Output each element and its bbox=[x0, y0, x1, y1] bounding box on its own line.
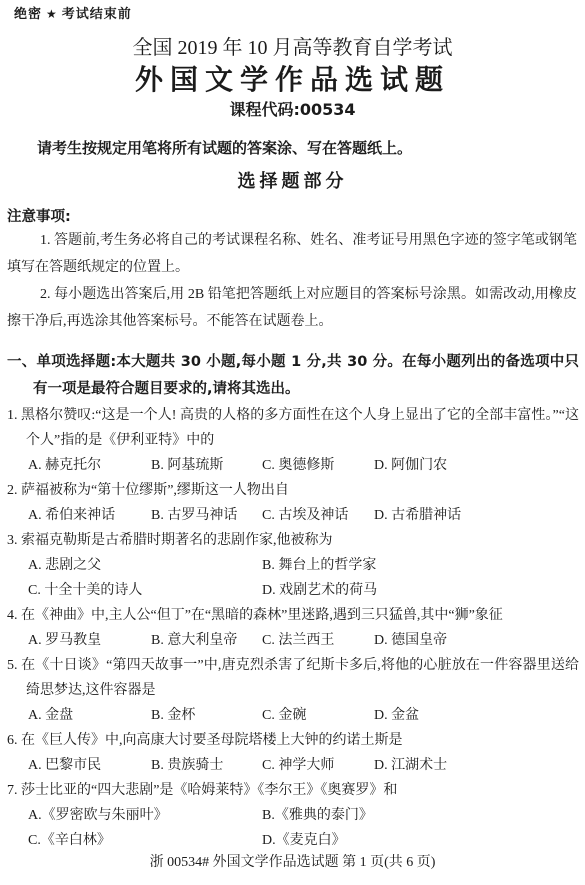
option-cell: D. 金盆 bbox=[374, 703, 585, 728]
star-icon: ★ bbox=[42, 7, 62, 21]
option-cell: C. 古埃及神话 bbox=[262, 503, 374, 528]
notice-item-1: 1. 答题前,考生务必将自己的考试课程名称、姓名、准考证号用黑色字迹的签字笔或钢… bbox=[0, 227, 585, 281]
option-cell: C.《辛白林》 bbox=[28, 828, 262, 853]
option-row: A. 罗马教皇B. 意大利皇帝C. 法兰西王D. 德国皇帝 bbox=[0, 628, 585, 653]
option-row: A. 悲剧之父B. 舞台上的哲学家 bbox=[0, 553, 585, 578]
classified-note: 考试结束前 bbox=[62, 7, 132, 22]
question-stem: 4. 在《神曲》中,主人公“但丁”在“黑暗的森林”里迷路,遇到三只猛兽,其中“狮… bbox=[0, 603, 585, 628]
option-cell: B. 古罗马神话 bbox=[151, 503, 262, 528]
option-cell: D. 阿伽门农 bbox=[374, 453, 585, 478]
option-row: A. 巴黎市民B. 贵族骑士C. 神学大师D. 江湖术士 bbox=[0, 753, 585, 778]
option-cell: C. 金碗 bbox=[262, 703, 374, 728]
section-part-title: 选择题部分 bbox=[0, 171, 585, 193]
notice-item-2: 2. 每小题选出答案后,用 2B 铅笔把答题纸上对应题目的答案标号涂黑。如需改动… bbox=[0, 281, 585, 335]
option-cell: C. 法兰西王 bbox=[262, 628, 374, 653]
paper-title: 外国文学作品选试题 bbox=[0, 63, 585, 97]
page-footer: 浙 00534# 外国文学作品选试题 第 1 页(共 6 页) bbox=[0, 853, 585, 873]
question-stem: 3. 索福克勒斯是古希腊时期著名的悲剧作家,他被称为 bbox=[0, 528, 585, 553]
option-row: C. 十全十美的诗人D. 戏剧艺术的荷马 bbox=[0, 578, 585, 603]
option-cell: A. 罗马教皇 bbox=[28, 628, 151, 653]
option-cell: A. 希伯来神话 bbox=[28, 503, 151, 528]
classified-banner: 绝密★考试结束前 bbox=[14, 6, 585, 23]
question-stem: 7. 莎士比亚的“四大悲剧”是《哈姆莱特》《李尔王》《奥赛罗》和 bbox=[0, 778, 585, 803]
option-cell: B.《雅典的泰门》 bbox=[262, 803, 585, 828]
classified-label: 绝密 bbox=[14, 7, 42, 22]
option-row: A. 金盘B. 金杯C. 金碗D. 金盆 bbox=[0, 703, 585, 728]
question-stem: 5. 在《十日谈》“第四天故事一”中,唐克烈杀害了纪斯卡多后,将他的心脏放在一件… bbox=[0, 653, 585, 703]
question-list: 1. 黑格尔赞叹:“这是一个人! 高贵的人格的多方面性在这个人身上显出了它的全部… bbox=[0, 403, 585, 853]
question-stem: 6. 在《巨人传》中,向高康大讨要圣母院塔楼上大钟的约诺土斯是 bbox=[0, 728, 585, 753]
option-cell: B. 金杯 bbox=[151, 703, 262, 728]
notes-title: 注意事项: bbox=[0, 208, 585, 227]
option-cell: B. 意大利皇帝 bbox=[151, 628, 262, 653]
option-cell: C. 奥德修斯 bbox=[262, 453, 374, 478]
option-cell: D.《麦克白》 bbox=[262, 828, 585, 853]
option-row: A. 希伯来神话B. 古罗马神话C. 古埃及神话D. 古希腊神话 bbox=[0, 503, 585, 528]
course-code: 课程代码:00534 bbox=[0, 100, 585, 119]
option-cell: A. 赫克托尔 bbox=[28, 453, 151, 478]
option-cell: C. 神学大师 bbox=[262, 753, 374, 778]
question-stem: 2. 萨福被称为“第十位缪斯”,缪斯这一人物出自 bbox=[0, 478, 585, 503]
option-row: C.《辛白林》D.《麦克白》 bbox=[0, 828, 585, 853]
option-cell: B. 贵族骑士 bbox=[151, 753, 262, 778]
exam-paper-page: 绝密★考试结束前 全国 2019 年 10 月高等教育自学考试 外国文学作品选试… bbox=[0, 0, 585, 885]
option-cell: B. 舞台上的哲学家 bbox=[262, 553, 585, 578]
option-row: A. 赫克托尔B. 阿基琉斯C. 奥德修斯D. 阿伽门农 bbox=[0, 453, 585, 478]
option-row: A.《罗密欧与朱丽叶》B.《雅典的泰门》 bbox=[0, 803, 585, 828]
option-cell: A. 巴黎市民 bbox=[28, 753, 151, 778]
option-cell: A. 金盘 bbox=[28, 703, 151, 728]
option-cell: D. 古希腊神话 bbox=[374, 503, 585, 528]
exam-session-title: 全国 2019 年 10 月高等教育自学考试 bbox=[0, 37, 585, 59]
option-cell: D. 江湖术士 bbox=[374, 753, 585, 778]
option-cell: B. 阿基琉斯 bbox=[151, 453, 262, 478]
option-cell: C. 十全十美的诗人 bbox=[28, 578, 262, 603]
option-cell: D. 德国皇帝 bbox=[374, 628, 585, 653]
option-cell: A. 悲剧之父 bbox=[28, 553, 262, 578]
mcq-section-heading: 一、单项选择题:本大题共 30 小题,每小题 1 分,共 30 分。在每小题列出… bbox=[0, 349, 585, 403]
option-cell: D. 戏剧艺术的荷马 bbox=[262, 578, 585, 603]
option-cell: A.《罗密欧与朱丽叶》 bbox=[28, 803, 262, 828]
answer-instruction: 请考生按规定用笔将所有试题的答案涂、写在答题纸上。 bbox=[0, 138, 585, 158]
question-stem: 1. 黑格尔赞叹:“这是一个人! 高贵的人格的多方面性在这个人身上显出了它的全部… bbox=[0, 403, 585, 453]
